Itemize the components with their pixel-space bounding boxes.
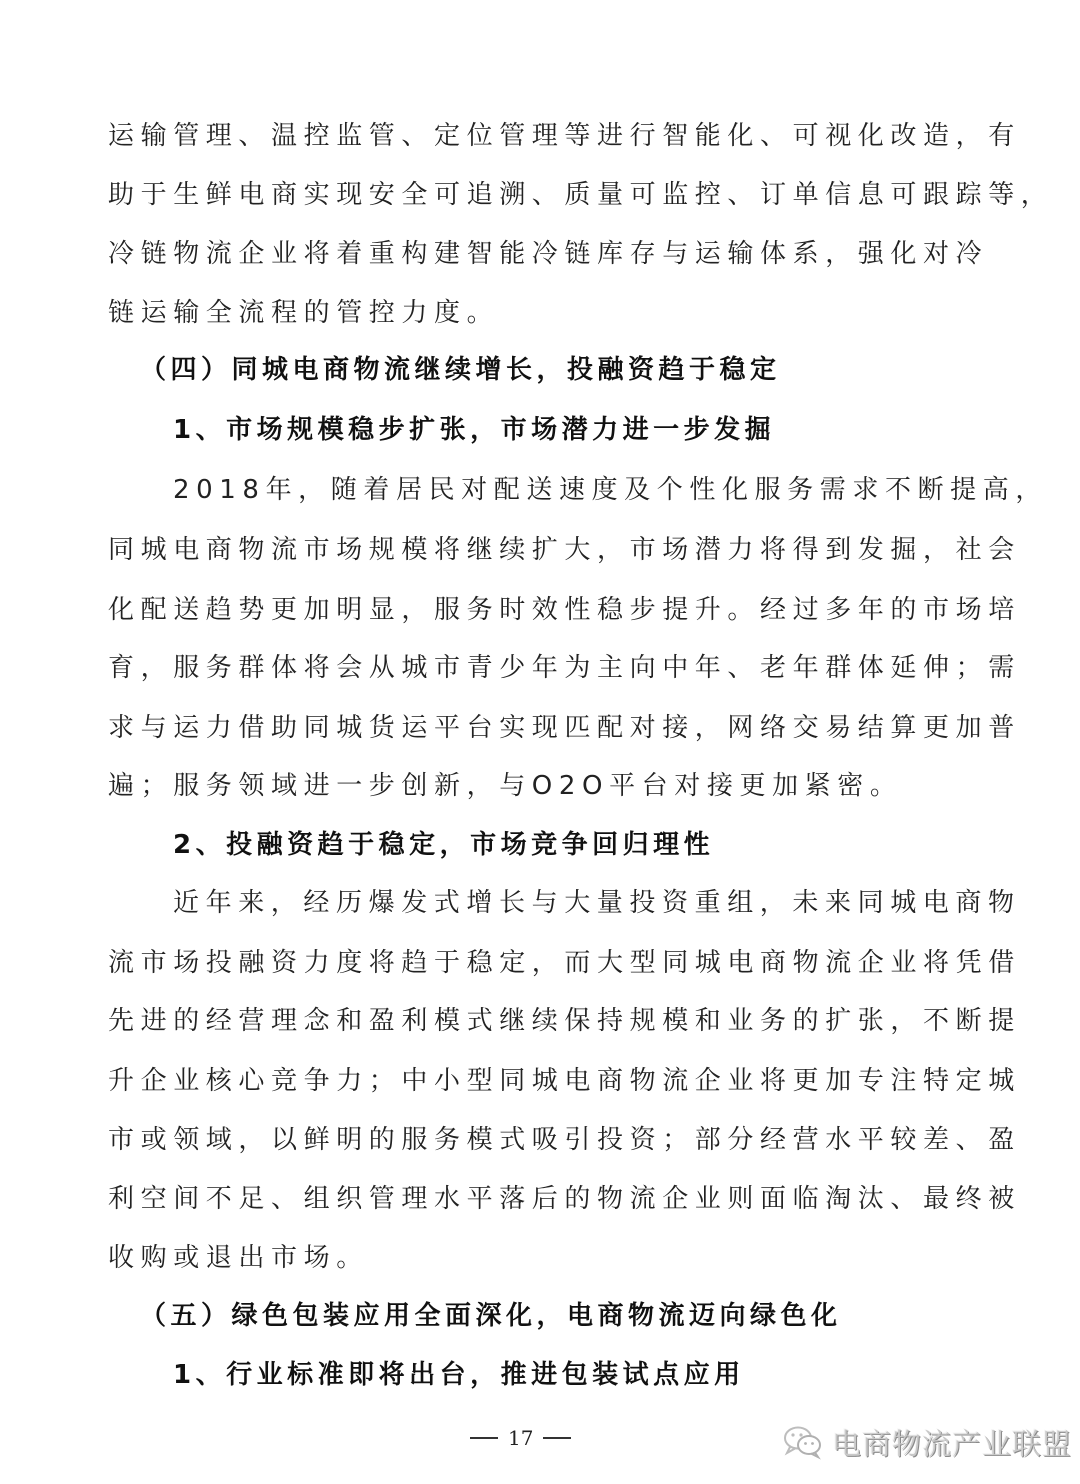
page-number: 17 bbox=[470, 1423, 571, 1453]
body-line: 先进的经营理念和盈利模式继续保持规模和业务的扩张，不断提 bbox=[108, 1003, 1021, 1039]
body-line: 利空间不足、组织管理水平落后的物流企业则面临淘汰、最终被 bbox=[108, 1181, 1021, 1217]
watermark-text: 电商物流产业联盟 bbox=[832, 1422, 1072, 1463]
body-line: 助于生鲜电商实现安全可追溯、质量可监控、订单信息可跟踪等， bbox=[108, 177, 1053, 213]
watermark: 电商物流产业联盟 bbox=[782, 1422, 1072, 1462]
body-line: 升企业核心竞争力；中小型同城电商物流企业将更加专注特定城 bbox=[108, 1063, 1021, 1099]
body-line: 市或领域，以鲜明的服务模式吸引投资；部分经营水平较差、盈 bbox=[108, 1122, 1021, 1158]
section-heading-5: （五）绿色包装应用全面深化，电商物流迈向绿色化 bbox=[140, 1298, 842, 1334]
subsection-heading-1: 1、行业标准即将出台，推进包装试点应用 bbox=[173, 1357, 745, 1393]
body-line-indented: 近年来，经历爆发式增长与大量投资重组，未来同城电商物 bbox=[173, 885, 1021, 921]
dash-left bbox=[470, 1437, 498, 1439]
body-line: 收购或退出市场。 bbox=[108, 1240, 369, 1276]
dash-right bbox=[543, 1437, 571, 1439]
document-page: 运输管理、温控监管、定位管理等进行智能化、可视化改造，有 助于生鲜电商实现安全可… bbox=[0, 0, 1080, 1484]
wechat-icon bbox=[782, 1424, 824, 1460]
subsection-heading-1: 1、市场规模稳步扩张，市场潜力进一步发掘 bbox=[173, 412, 775, 448]
body-line: 流市场投融资力度将趋于稳定，而大型同城电商物流企业将凭借 bbox=[108, 945, 1021, 981]
body-line: 求与运力借助同城货运平台实现匹配对接，网络交易结算更加普 bbox=[108, 710, 1021, 746]
body-line-indented: 2018年，随着居民对配送速度及个性化服务需求不断提高， bbox=[173, 472, 1048, 508]
body-line: 育，服务群体将会从城市青少年为主向中年、老年群体延伸；需 bbox=[108, 650, 1021, 686]
body-line: 化配送趋势更加明显，服务时效性稳步提升。经过多年的市场培 bbox=[108, 592, 1021, 628]
section-heading-4: （四）同城电商物流继续增长，投融资趋于稳定 bbox=[140, 352, 781, 388]
page-number-text: 17 bbox=[508, 1423, 533, 1453]
body-line: 链运输全流程的管控力度。 bbox=[108, 295, 499, 331]
body-line: 遍；服务领域进一步创新，与O2O平台对接更加紧密。 bbox=[108, 768, 902, 804]
body-line: 同城电商物流市场规模将继续扩大，市场潜力将得到发掘，社会 bbox=[108, 532, 1021, 568]
subsection-heading-2: 2、投融资趋于稳定，市场竞争回归理性 bbox=[173, 827, 714, 863]
body-line: 冷链物流企业将着重构建智能冷链库存与运输体系，强化对冷 bbox=[108, 236, 988, 272]
body-line: 运输管理、温控监管、定位管理等进行智能化、可视化改造，有 bbox=[108, 118, 1021, 154]
